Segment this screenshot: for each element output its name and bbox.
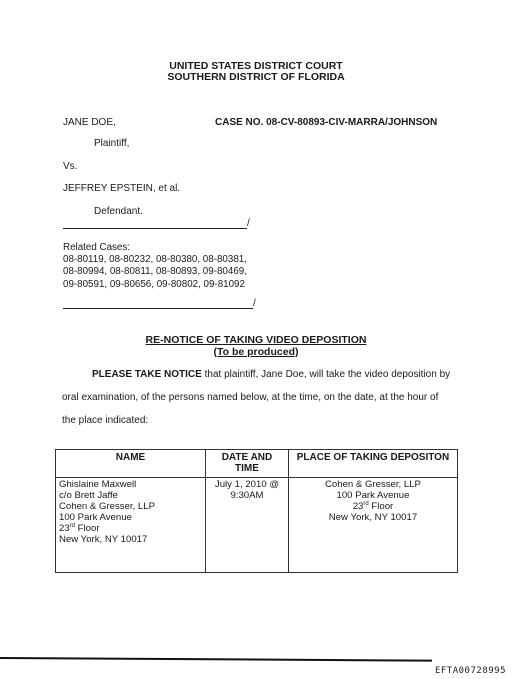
header-date-time: DATE AND TIME bbox=[206, 450, 289, 478]
versus: Vs. bbox=[63, 161, 77, 173]
related-cases-line: 09-80591, 09-80656, 09-80802, 09-81092 bbox=[63, 279, 247, 291]
notice-paragraph-line2: oral examination, of the persons named b… bbox=[62, 392, 438, 403]
defendant-label: Defendant. bbox=[94, 206, 143, 218]
cell-name: Ghislaine Maxwell c/o Brett Jaffe Cohen … bbox=[56, 478, 206, 573]
court-district: SOUTHERN DISTRICT OF FLORIDA bbox=[0, 72, 512, 83]
defendant-name: JEFFREY EPSTEIN, et al. bbox=[63, 183, 180, 195]
place-city: New York, NY 10017 bbox=[292, 512, 454, 523]
deponent-floor: 23rd Floor bbox=[59, 523, 202, 534]
cell-place: Cohen & Gresser, LLP 100 Park Avenue 23r… bbox=[288, 478, 457, 573]
place-street: 100 Park Avenue bbox=[292, 490, 454, 501]
plaintiff-name: JANE DOE, bbox=[63, 117, 116, 129]
table-row: Ghislaine Maxwell c/o Brett Jaffe Cohen … bbox=[56, 478, 458, 573]
place-floor: 23rd Floor bbox=[292, 501, 454, 512]
notice-subtitle: (To be produced) bbox=[0, 347, 512, 359]
notice-paragraph-line1: PLEASE TAKE NOTICE that plaintiff, Jane … bbox=[92, 369, 450, 380]
deponent-firm: Cohen & Gresser, LLP bbox=[59, 501, 202, 512]
table-header-row: NAME DATE AND TIME PLACE OF TAKING DEPOS… bbox=[56, 450, 458, 478]
caption-divider bbox=[63, 228, 247, 229]
case-number: CASE NO. 08-CV-80893-CIV-MARRA/JOHNSON bbox=[215, 117, 437, 128]
notice-lead: PLEASE TAKE NOTICE bbox=[92, 369, 202, 380]
deponent-city: New York, NY 10017 bbox=[59, 534, 202, 545]
deposition-date: July 1, 2010 @ bbox=[209, 479, 285, 490]
court-header: UNITED STATES DISTRICT COURT SOUTHERN DI… bbox=[0, 61, 512, 83]
place-firm: Cohen & Gresser, LLP bbox=[292, 479, 454, 490]
related-cases-label: Related Cases: bbox=[63, 242, 247, 254]
deponent-street: 100 Park Avenue bbox=[59, 512, 202, 523]
notice-title-block: RE-NOTICE OF TAKING VIDEO DEPOSITION (To… bbox=[0, 335, 512, 358]
header-name: NAME bbox=[56, 450, 206, 478]
deponent-name: Ghislaine Maxwell bbox=[59, 479, 202, 490]
deponent-care-of: c/o Brett Jaffe bbox=[59, 490, 202, 501]
related-divider bbox=[63, 308, 253, 309]
notice-paragraph-line3: the place indicated: bbox=[62, 415, 148, 426]
deposition-time: 9:30AM bbox=[209, 490, 285, 501]
caption-slash: / bbox=[247, 219, 250, 229]
related-cases-line: 08-80119, 08-80232, 08-80380, 08-80381, bbox=[63, 254, 247, 266]
related-cases: Related Cases: 08-80119, 08-80232, 08-80… bbox=[63, 242, 247, 291]
related-cases-line: 08-80994, 08-80811, 08-80893, 09-80469, bbox=[63, 266, 247, 278]
header-place: PLACE OF TAKING DEPOSITON bbox=[288, 450, 457, 478]
cell-date-time: July 1, 2010 @ 9:30AM bbox=[206, 478, 289, 573]
plaintiff-label: Plaintiff, bbox=[94, 138, 129, 150]
notice-line1-text: that plaintiff, Jane Doe, will take the … bbox=[202, 369, 450, 380]
related-slash: / bbox=[253, 299, 256, 309]
deposition-table: NAME DATE AND TIME PLACE OF TAKING DEPOS… bbox=[55, 449, 458, 573]
notice-title: RE-NOTICE OF TAKING VIDEO DEPOSITION bbox=[0, 335, 512, 347]
bates-number: EFTA00728995 bbox=[435, 666, 506, 676]
page-bottom-rule bbox=[0, 657, 432, 662]
